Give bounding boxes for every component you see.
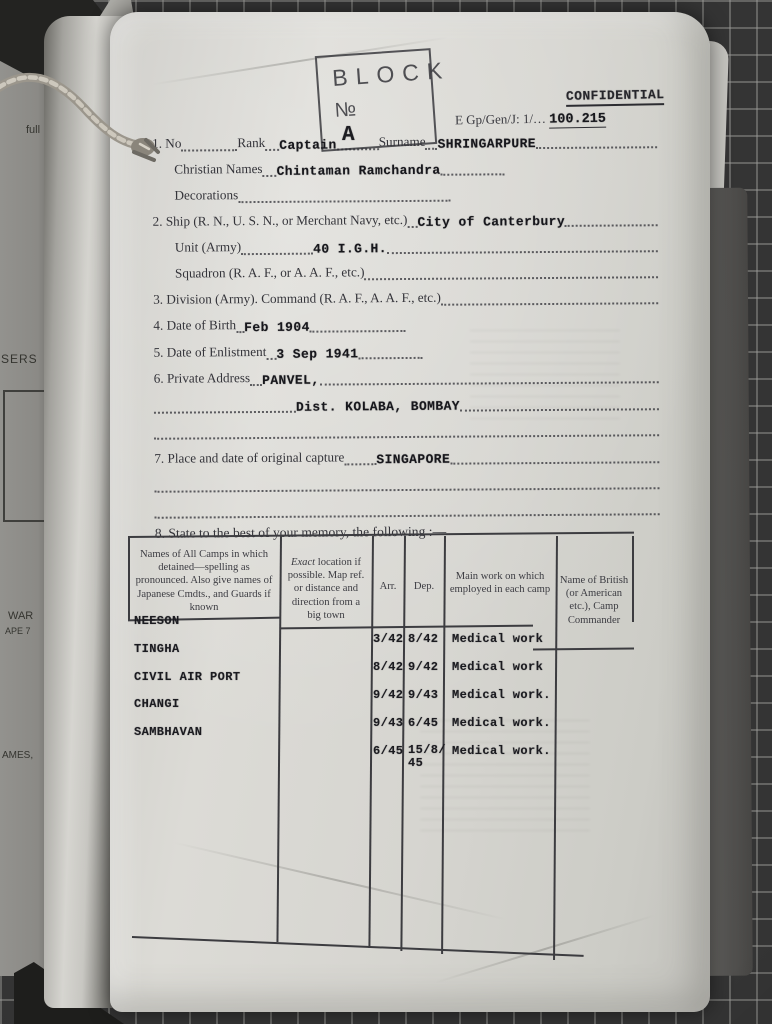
arrival-date: 6/45 [373, 744, 403, 758]
field-line-private-address: 6. Private Address PANVEL, [154, 365, 659, 387]
private-address-label: 6. Private Address [154, 370, 250, 387]
camp-name: CHANGI [134, 697, 180, 711]
table-vertical-rule [276, 536, 281, 942]
arrival-date: 9/43 [373, 716, 403, 730]
decorations-label: Decorations [174, 187, 238, 203]
dotted-leader [358, 344, 422, 359]
dotted-leader [387, 237, 658, 254]
camp-name: TINGHA [134, 642, 180, 656]
departure-date: 9/43 [408, 688, 438, 702]
dotted-leader [441, 289, 658, 306]
table-bottom-border [132, 936, 584, 957]
dotted-leader [241, 240, 313, 256]
reference-line: E Gp/Gen/J: 1/… 100.215 [455, 110, 606, 130]
header-location-exact: Exact [291, 557, 315, 568]
table-header-rule [280, 625, 533, 629]
blank-dotted-line [154, 471, 659, 493]
reference-label: E Gp/Gen/J: 1/… [455, 111, 546, 128]
header-camp-commander: Name of British (or American etc.), Camp… [558, 574, 630, 627]
left-page-fragment: SERS [1, 352, 38, 366]
division-label: 3. Division (Army). Command (R. A. F., A… [153, 290, 441, 308]
dotted-leader [426, 135, 438, 150]
departure-date: 9/42 [408, 660, 438, 674]
header-departure: Dep. [404, 580, 444, 593]
header-main-work: Main work on which employed in each camp [448, 570, 552, 596]
dotted-leader [310, 317, 406, 333]
dotted-leader [238, 187, 450, 203]
stamp-no-word: № [334, 93, 433, 123]
header-arrival: Arr. [372, 580, 404, 593]
dotted-leader [250, 371, 262, 386]
departure-date: 15/8/45 [408, 744, 446, 770]
main-work: Medical work. [452, 716, 551, 730]
dotted-leader [536, 133, 657, 149]
main-work: Medical work. [452, 688, 551, 702]
header-camps: Names of All Camps in which detained—spe… [132, 548, 276, 614]
blank-dotted-line [154, 418, 659, 440]
field-line-enlistment: 5. Date of Enlistment 3 Sep 1941 [153, 339, 658, 361]
dotted-leader [450, 448, 659, 464]
surname-label: Surname [379, 134, 426, 150]
arrival-date: 8/42 [373, 660, 403, 674]
field-line-squadron: Squadron (R. A. F., or A. A. F., etc.) [153, 260, 658, 282]
field-line-date-of-birth: 4. Date of Birth Feb 1904 [153, 312, 658, 334]
rank-value: Captain [279, 137, 337, 152]
camp-name: SAMBHAVAN [134, 725, 202, 739]
date-of-birth-label: 4. Date of Birth [153, 317, 236, 334]
capture-value: SINGAPORE [376, 452, 450, 468]
dotted-leader [364, 263, 658, 280]
left-page-fragment: APE 7 [5, 626, 31, 636]
main-work: Medical work. [452, 744, 551, 758]
field-line-capture: 7. Place and date of original capture SI… [154, 445, 659, 467]
field-line-division: 3. Division (Army). Command (R. A. F., A… [153, 286, 658, 308]
reference-number: 100.215 [549, 112, 606, 129]
dotted-leader [407, 213, 417, 228]
ship-label: 2. Ship (R. N., U. S. N., or Merchant Na… [153, 212, 408, 230]
dotted-leader [565, 211, 658, 227]
stamp-block-word: BLOCK [331, 58, 431, 92]
blank-dotted-line [155, 497, 660, 519]
unit-value: 40 I.G.H. [313, 241, 387, 257]
arrival-date: 3/42 [373, 632, 403, 646]
field-line-decorations: Decorations [152, 182, 657, 204]
private-address-value-1: PANVEL, [262, 373, 320, 388]
camp-name: NEESON [134, 614, 180, 628]
dotted-leader [236, 318, 244, 333]
table-vertical-rule [632, 536, 634, 622]
private-address-value-2: Dist. KOLABA, BOMBAY [296, 399, 460, 415]
date-of-birth-value: Feb 1904 [244, 320, 310, 335]
header-location: Exact location if possible. Map ref. or … [285, 556, 367, 622]
enlistment-label: 5. Date of Enlistment [153, 344, 266, 361]
capture-label: 7. Place and date of original capture [154, 449, 344, 466]
main-work: Medical work [452, 660, 543, 674]
field-line-ship: 2. Ship (R. N., U. S. N., or Merchant Na… [153, 208, 658, 230]
field-line-unit: Unit (Army) 40 I.G.H. [153, 234, 658, 256]
arrival-date: 9/42 [373, 688, 403, 702]
christian-names-value: Chintaman Ramchandra [277, 163, 441, 179]
stamp-block-letter: A [342, 124, 355, 147]
table-header-rule [533, 647, 634, 650]
dotted-leader [319, 368, 658, 385]
dotted-leader [266, 345, 276, 360]
dotted-leader [460, 395, 659, 411]
dotted-leader [154, 398, 296, 414]
field-line-christian-names: Christian Names Chintaman Ramchandra [152, 156, 657, 178]
departure-date: 8/42 [408, 632, 438, 646]
rank-label: Rank [237, 135, 265, 151]
left-page-fragment: WAR [8, 610, 33, 622]
ship-value: City of Canterbury [417, 214, 565, 230]
departure-date: 6/45 [408, 716, 438, 730]
dotted-leader [265, 136, 279, 151]
table-vertical-rule [128, 536, 130, 620]
left-page-fragment: AMES, [2, 750, 33, 761]
dotted-leader [441, 160, 505, 175]
field-line-address-continued: Dist. KOLABA, BOMBAY [154, 392, 659, 414]
surname-value: SHRINGARPURE [438, 136, 537, 152]
dotted-leader [263, 162, 277, 177]
unit-label: Unit (Army) [175, 239, 241, 255]
camp-name: CIVIL AIR PORT [134, 670, 240, 684]
main-work: Medical work [452, 632, 543, 646]
binding-twine [0, 48, 216, 178]
table-vertical-rule [368, 536, 373, 948]
table-vertical-rule [553, 536, 557, 960]
field-line-no-rank-surname: 1. No Rank Captain Surname SHRINGARPURE [152, 130, 657, 152]
camps-table: Names of All Camps in which detained—spe… [128, 536, 634, 976]
squadron-label: Squadron (R. A. F., or A. A. F., etc.) [175, 264, 365, 281]
enlistment-value: 3 Sep 1941 [276, 346, 358, 362]
dotted-leader [344, 450, 376, 465]
classification-label: CONFIDENTIAL [566, 87, 665, 107]
photographed-document-scene: full SERS WAR APE 7 AMES, BLOCK № A CONF… [0, 0, 772, 1024]
